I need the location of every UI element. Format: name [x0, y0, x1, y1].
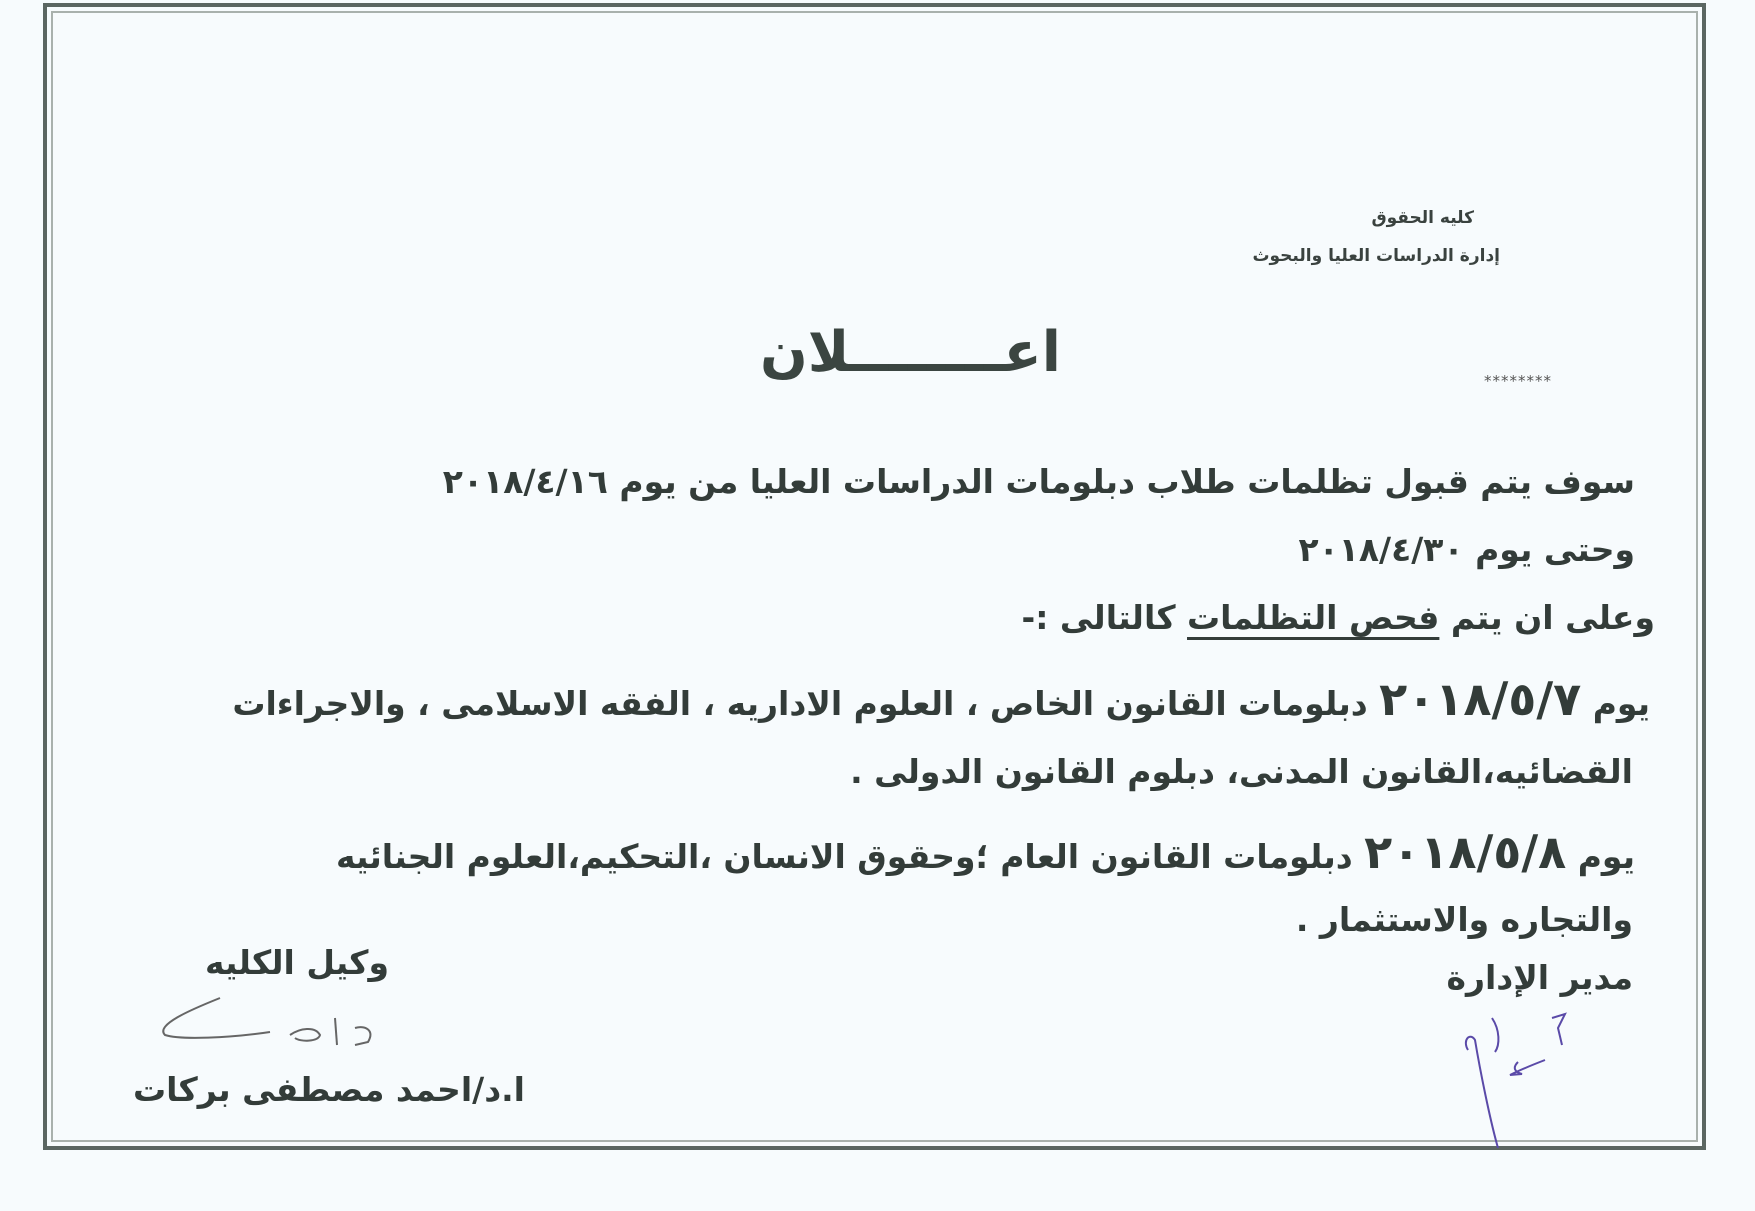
- vice-dean-title: وكيل الكليه: [205, 943, 389, 982]
- body-line-2: وحتى يوم ٢٠١٨/٤/٣٠: [1298, 530, 1635, 569]
- schedule-row-1: يوم ٢٠١٨/٥/٧ دبلومات القانون الخاص ، الع…: [232, 672, 1650, 726]
- separator: ********: [1484, 372, 1552, 390]
- schedule-row-2-continuation: والتجاره والاستثمار .: [1296, 900, 1633, 939]
- faculty-name: كليه الحقوق: [1371, 208, 1474, 228]
- day-label: يوم: [1578, 837, 1635, 876]
- schedule-row-2: يوم ٢٠١٨/٥/٨ دبلومات القانون العام ؛وحقو…: [336, 825, 1635, 879]
- body-line-3: وعلى ان يتم فحص التظلمات كالتالى :-: [1022, 598, 1655, 637]
- director-title: مدير الإدارة: [1446, 958, 1633, 997]
- director-signature: [1440, 1010, 1580, 1160]
- vice-dean-signature: [150, 990, 430, 1060]
- schedule-row-1-continuation: القضائيه،القانون المدنى، دبلوم القانون ا…: [850, 752, 1633, 791]
- schedule-date: ٢٠١٨/٥/٧: [1379, 672, 1581, 726]
- line3-suffix: كالتالى :-: [1022, 598, 1187, 637]
- line3-prefix: وعلى ان يتم: [1439, 598, 1655, 637]
- vice-dean-name: ا.د/احمد مصطفى بركات: [133, 1070, 525, 1109]
- schedule-text: دبلومات القانون الخاص ، العلوم الاداريه …: [232, 684, 1367, 723]
- department-name: إدارة الدراسات العليا والبحوث: [1252, 246, 1500, 266]
- day-label: يوم: [1593, 684, 1650, 723]
- body-line-1: سوف يتم قبول تظلمات طلاب دبلومات الدراسا…: [443, 462, 1635, 501]
- line3-underlined: فحص التظلمات: [1187, 598, 1439, 637]
- schedule-text: دبلومات القانون العام ؛وحقوق الانسان ،ال…: [336, 837, 1353, 876]
- page-title: اعــــــــلان: [760, 320, 1061, 385]
- schedule-date: ٢٠١٨/٥/٨: [1364, 825, 1566, 879]
